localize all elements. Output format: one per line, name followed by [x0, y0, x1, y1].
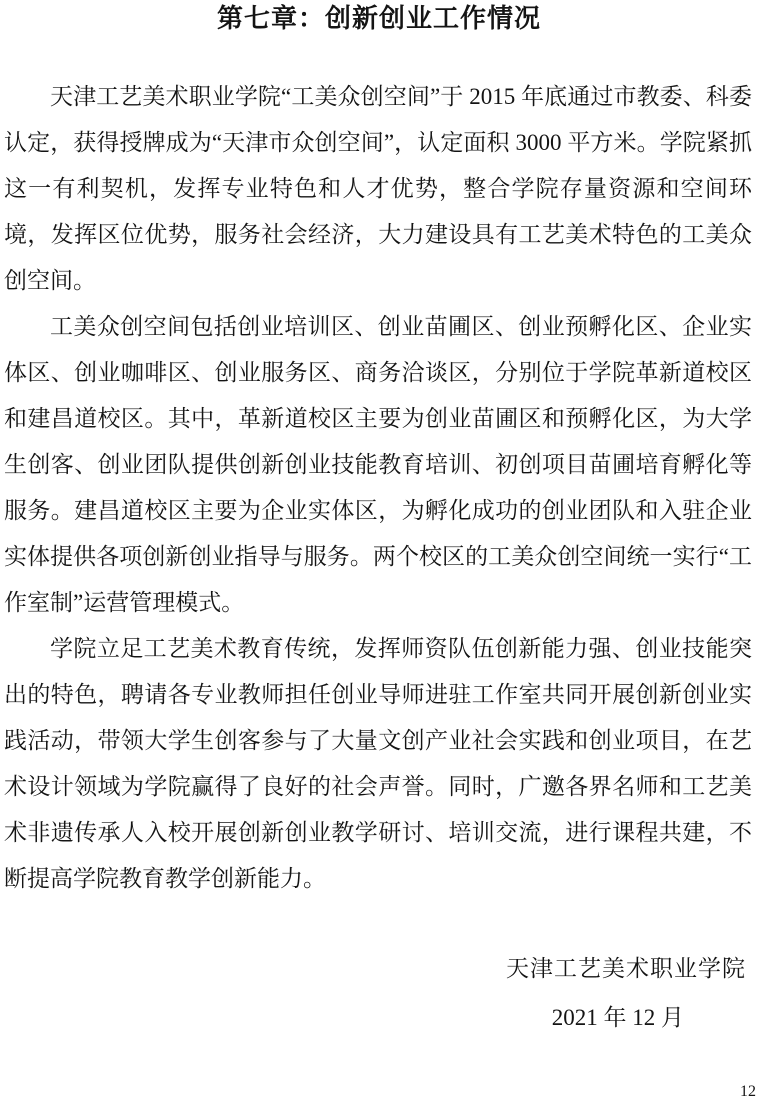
paragraph-2: 工美众创空间包括创业培训区、创业苗圃区、创业预孵化区、企业实体区、创业咖啡区、创…	[4, 304, 752, 626]
document-body: 天津工艺美术职业学院“工美众创空间”于 2015 年底通过市教委、科委认定，获得…	[4, 74, 752, 902]
document-page: 第七章：创新创业工作情况 天津工艺美术职业学院“工美众创空间”于 2015 年底…	[0, 0, 758, 1102]
date-line: 2021 年 12 月	[0, 995, 758, 1041]
page-title: 第七章：创新创业工作情况	[0, 0, 758, 35]
page-number: 12	[740, 1083, 756, 1101]
paragraph-1: 天津工艺美术职业学院“工美众创空间”于 2015 年底通过市教委、科委认定，获得…	[4, 74, 752, 304]
signature-line: 天津工艺美术职业学院	[0, 946, 758, 992]
paragraph-3: 学院立足工艺美术教育传统，发挥师资队伍创新能力强、创业技能突出的特色，聘请各专业…	[4, 626, 752, 902]
